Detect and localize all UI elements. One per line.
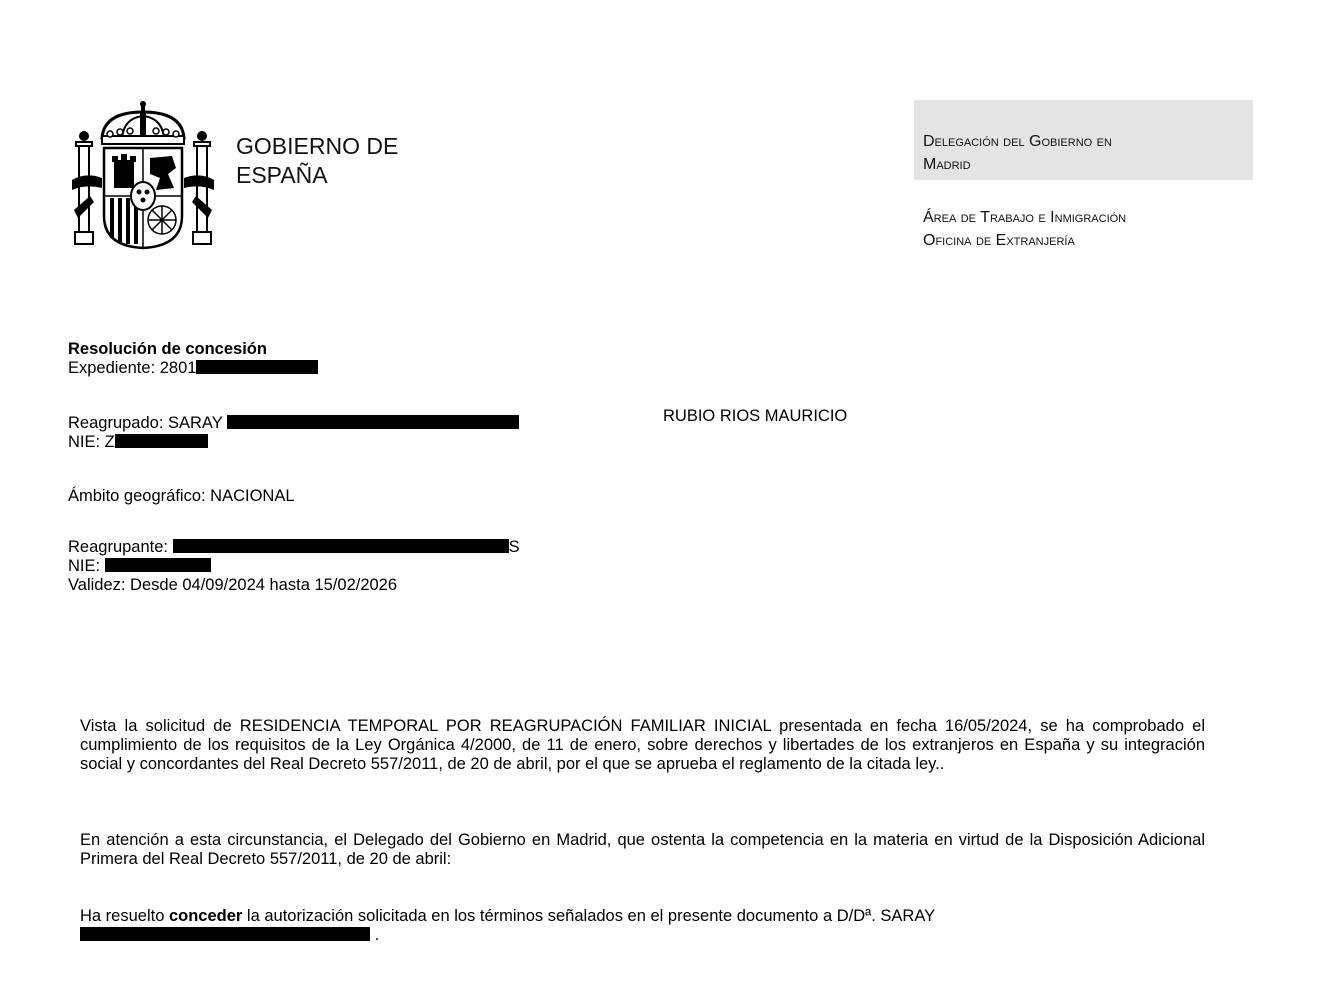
paragraph-3-suffix: la autorización solicitada en los términ… [242,907,935,925]
paragraph-3-prefix: Ha resuelto [80,907,169,925]
reagrupado-label: Reagrupado: SARAY [68,414,222,432]
expediente-line: Expediente: 2801 [68,359,318,378]
resolution-title: Resolución de concesión [68,340,267,359]
delegation-line1: Delegación del Gobierno en [923,130,1112,153]
paragraph-1-text: Vista la solicitud de RESIDENCIA TEMPORA… [80,717,1205,774]
expediente-label: Expediente: 2801 [68,359,196,377]
reagrupado-nie-label: NIE: Z [68,433,115,451]
redaction-bar [196,360,318,374]
delegation-line2: Madrid [923,153,1112,176]
ambito-geografico: Ámbito geográfico: NACIONAL [68,487,295,506]
validez: Validez: Desde 04/09/2024 hasta 15/02/20… [68,576,397,595]
area-name: Área de Trabajo e Inmigración Oficina de… [923,206,1126,252]
area-line2: Oficina de Extranjería [923,229,1126,252]
reagrupado-nie-line: NIE: Z [68,433,208,452]
reagrupante-nie-label: NIE: [68,557,100,575]
government-name: GOBIERNO DE ESPAÑA [236,132,398,190]
redaction-bar [173,539,509,553]
reagrupante-label: Reagrupante: [68,538,168,556]
reagrupante-nie-line: NIE: [68,557,211,576]
government-name-line2: ESPAÑA [236,161,398,190]
redaction-bar [80,927,370,941]
coat-of-arms-icon [72,98,214,250]
redaction-bar [105,558,211,572]
delegation-name: Delegación del Gobierno en Madrid [923,130,1112,176]
paragraph-2-text: En atención a esta circunstancia, el Del… [80,831,1205,869]
redaction-bar [115,434,208,448]
paragraph-3: Ha resuelto conceder la autorización sol… [80,907,1205,926]
paragraph-3-end: . [375,926,380,944]
area-line1: Área de Trabajo e Inmigración [923,206,1126,229]
reagrupado-line: Reagrupado: SARAY [68,414,519,433]
redaction-bar [227,415,519,429]
government-name-line1: GOBIERNO DE [236,132,398,161]
paragraph-3-end-line: . [80,926,379,945]
paragraph-3-bold: conceder [169,907,242,925]
side-name: RUBIO RIOS MAURICIO [663,407,847,426]
paragraph-2: En atención a esta circunstancia, el Del… [80,831,1205,869]
reagrupante-line: Reagrupante: S [68,538,520,557]
paragraph-1: Vista la solicitud de RESIDENCIA TEMPORA… [80,717,1205,774]
reagrupante-suffix: S [509,538,520,556]
